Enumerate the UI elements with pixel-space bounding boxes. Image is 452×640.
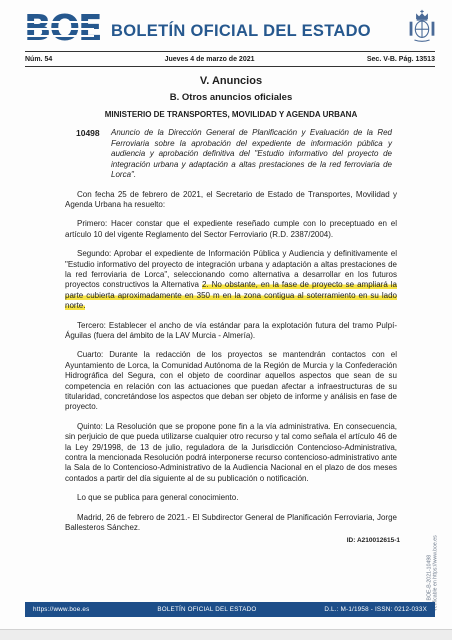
logo-slit xyxy=(24,21,94,23)
cve-verification-note: cve: BOE-B-2021-10498 Verificable en htt… xyxy=(427,517,440,611)
announcement-summary: Anuncio de la Dirección General de Plani… xyxy=(111,128,392,181)
footer-bar: https://www.boe.es BOLETÍN OFICIAL DEL E… xyxy=(25,602,435,617)
footer-url-link[interactable]: https://www.boe.es xyxy=(33,606,89,613)
document-body: V. Anuncios B. Otros anuncios oficiales … xyxy=(0,68,452,544)
paragraph-intro: Con fecha 25 de febrero de 2021, el Secr… xyxy=(65,190,397,211)
masthead-row: Núm. 54 Jueves 4 de marzo de 2021 Sec. V… xyxy=(25,51,435,67)
spanish-coat-of-arms-icon xyxy=(408,8,436,44)
page-title: BOLETÍN OFICIAL DEL ESTADO xyxy=(95,22,387,41)
logo-slit xyxy=(24,28,94,30)
announcement-number: 10498 xyxy=(76,128,102,181)
paragraph-cuarto: Cuarto: Durante la redacción de los proy… xyxy=(65,350,397,412)
heading-subsection: B. Otros anuncios oficiales xyxy=(65,92,397,103)
paragraph-segundo: Segundo: Aprobar el expediente de Inform… xyxy=(65,249,397,311)
logo-slit xyxy=(24,35,94,37)
issue-date: Jueves 4 de marzo de 2021 xyxy=(165,56,255,63)
boe-gazette-page: BOE BOLETÍN OFICIAL DEL ESTADO Núm. 54 J… xyxy=(0,0,452,640)
paragraph-closing: Lo que se publica para general conocimie… xyxy=(65,493,397,503)
boe-logo: BOE xyxy=(24,12,102,46)
paragraph-quinto: Quinto: La Resolución que se propone pon… xyxy=(65,422,397,484)
announcement-id: ID: A210012615-1 xyxy=(65,537,400,544)
paragraph-primero: Primero: Hacer constar que el expediente… xyxy=(65,219,397,240)
footer-title: BOLETÍN OFICIAL DEL ESTADO xyxy=(157,606,256,613)
section-page: Sec. V-B. Pág. 13513 xyxy=(367,56,435,63)
heading-section: V. Anuncios xyxy=(65,75,397,87)
paragraph-tercero: Tercero: Establecer el ancho de vía está… xyxy=(65,321,397,342)
announcement-item: 10498 Anuncio de la Dirección General de… xyxy=(76,128,392,181)
issue-number: Núm. 54 xyxy=(25,56,52,63)
paragraph-signature: Madrid, 26 de febrero de 2021.- El Subdi… xyxy=(65,513,397,534)
footer-legal: D.L.: M-1/1958 - ISSN: 0212-033X xyxy=(324,606,427,613)
heading-ministry: MINISTERIO DE TRANSPORTES, MOVILIDAD Y A… xyxy=(55,110,407,119)
cve-verify-url: Verificable en https://www.boe.es xyxy=(433,517,439,611)
page-bottom-edge xyxy=(0,629,452,640)
